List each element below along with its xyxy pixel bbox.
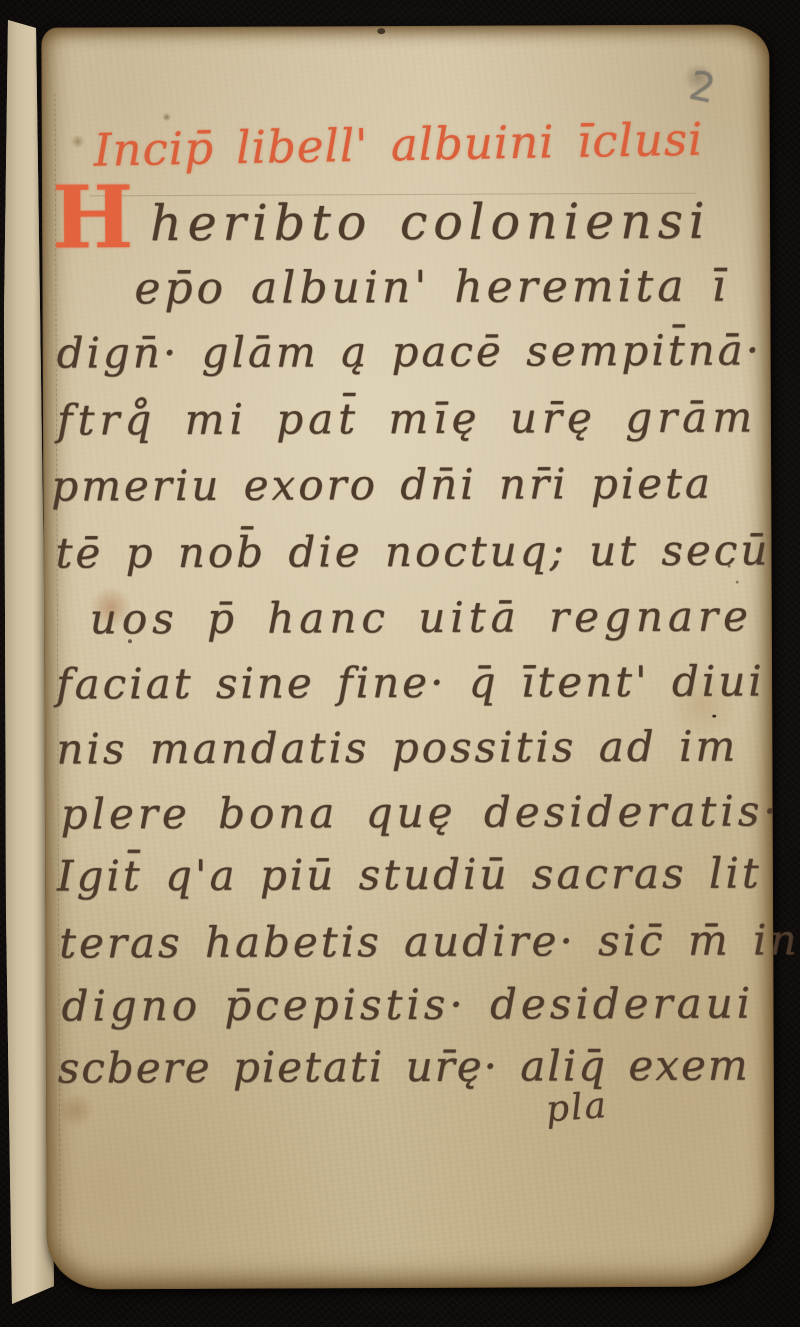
manuscript-line: heribto coloniensi [150,197,711,248]
catchword-pla: pla [545,1085,610,1130]
manuscript-line: teras habetis audire· sic̄ m̄ in [59,919,800,964]
stain [162,113,172,121]
initial-letter-h: H [52,175,134,261]
manuscript-line: digno p̄cepistis· desideraui [61,982,754,1027]
manuscript-line: dign̄· glām ą pacē sempit̄nā· [57,329,763,374]
manuscript-line: tē p nob̄ die noctuq; ut secū [55,529,770,574]
rubric-title: Incip̄ libell' albuini ı̄clusi [93,116,724,173]
manuscript-line: Igit̄ q'a piū studiū sacras lit [57,852,762,897]
stain [70,135,86,147]
manuscript-line: scbere pietati ur̄ę· aliq̄ exem [58,1045,750,1090]
manuscript-page: 2 Incip̄ libell' albuini ı̄clusi H herib… [41,24,774,1289]
stain [56,1093,96,1127]
speck [736,581,739,584]
manuscript-line: pmeriu exoro dn̄i nr̄i pieta [51,463,713,508]
manuscript-line: faciat sine fine· q̄ ītent' diui [56,660,765,705]
folio-number-pencil: 2 [685,63,719,113]
manuscript-line: uos p̄ hanc uitā regnare [90,595,753,640]
speck [377,28,385,34]
manuscript-line: plere bona quę desideratis· [61,790,781,835]
manuscript-line: nis mandatis possitis ad im [56,726,738,771]
manuscript-line: ep̄o albuin' heremita ī [134,265,729,312]
speck [712,715,716,718]
manuscript-line: ftrq̊ mi pat̄ mīę ur̄ę grām [57,396,757,441]
black-backdrop: 2 Incip̄ libell' albuini ı̄clusi H herib… [0,0,800,1327]
